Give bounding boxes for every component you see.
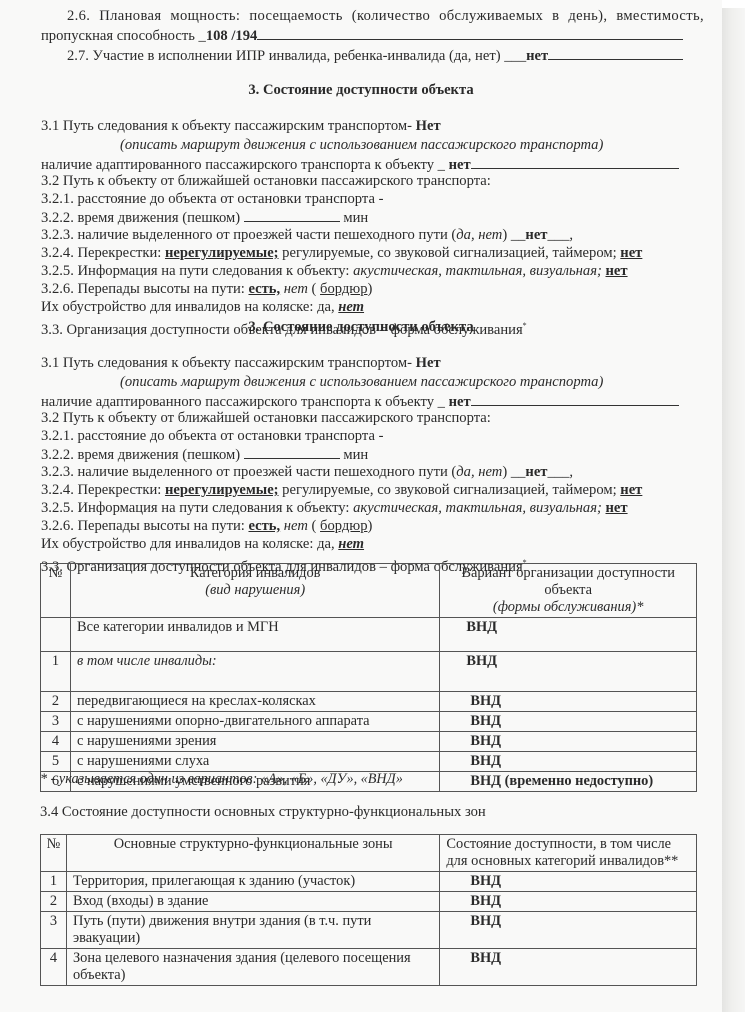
scan-edge (722, 8, 745, 1012)
pedestrian-path-suffix: ___, (547, 464, 573, 480)
wheelchair-label: Их обустройство для инвалидов на коляске… (41, 536, 338, 552)
status-header-text-2: для основных категорий инвалидов** (446, 853, 690, 870)
crossings-options: регулируемые, со звуковой сигнализацией,… (279, 245, 621, 261)
route-hint-line: (описать маршрут движения с использовани… (120, 374, 603, 391)
crossings-value: нет (620, 482, 642, 498)
row-variant: ВНД (440, 652, 697, 692)
table-header-row: № Категория инвалидов (вид нарушения) Ва… (41, 564, 697, 618)
section-heading: 3. Состояние доступности объекта (0, 82, 722, 99)
table-row: 2 Вход (входы) в здание ВНД (41, 892, 697, 912)
walk-time-unit: мин (340, 447, 369, 463)
route-value: Нет (416, 118, 441, 134)
paragraph-3-2-2: 3.2.2. время движения (пешком) мин (41, 209, 368, 227)
row-variant: ВНД (временно недоступно) (440, 772, 697, 792)
info-options: акустическая, тактильная, визуальная; (353, 500, 605, 516)
adapted-transport-value: нет (449, 157, 471, 173)
paragraph-3-2-5: 3.2.5. Информация на пути следования к о… (41, 500, 628, 517)
col-header-category: Категория инвалидов (вид нарушения) (70, 564, 439, 618)
crossings-label: 3.2.4. Перекрестки: (41, 482, 165, 498)
path-label: 3.2 Путь к объекту от ближайшей остановк… (41, 173, 491, 189)
table-row: 2 передвигающиеся на креслах-колясках ВН… (41, 692, 697, 712)
wheelchair-line: Их обустройство для инвалидов на коляске… (41, 299, 364, 316)
height-diff-other: нет (280, 281, 308, 297)
paragraph-2-7: 2.7. Участие в исполнении ИПР инвалида, … (67, 47, 683, 65)
functional-zones-table: № Основные структурно-функциональные зон… (40, 834, 697, 986)
table-row: 3 Путь (пути) движения внутри здания (в … (41, 912, 697, 949)
paragraph-3-2-4: 3.2.4. Перекрестки: нерегулируемые; регу… (41, 482, 642, 499)
paragraph-3-2-1: 3.2.1. расстояние до объекта от остановк… (41, 191, 383, 208)
row-status: ВНД (440, 892, 697, 912)
route-hint: (описать маршрут движения с использовани… (120, 374, 603, 390)
paragraph-3-2-3: 3.2.3. наличие выделенного от проезжей ч… (41, 464, 573, 481)
ipr-label: 2.7. Участие в исполнении ИПР инвалида, … (67, 48, 526, 64)
height-diff-selected: есть, (248, 281, 280, 297)
row-status: ВНД (440, 949, 697, 986)
adapted-transport-label: наличие адаптированного пассажирского тр… (41, 157, 449, 173)
pedestrian-path-label: 3.2.3. наличие выделенного от проезжей ч… (41, 227, 456, 243)
paragraph-3-1: 3.1 Путь следования к объекту пассажирск… (41, 118, 441, 135)
pedestrian-path-value: нет (525, 227, 547, 243)
row-num: 4 (41, 732, 71, 752)
row-num: 2 (41, 692, 71, 712)
height-diff-label: 3.2.6. Перепады высоты на пути: (41, 518, 248, 534)
route-label: 3.1 Путь следования к объекту пассажирск… (41, 118, 416, 134)
route-hint: (описать маршрут движения с использовани… (120, 137, 603, 153)
route-hint-line: (описать маршрут движения с использовани… (120, 137, 603, 154)
capacity-value: 108 /194 (206, 28, 257, 44)
variant-header-text-2: объекта (446, 582, 690, 599)
capacity-label: пропускная способность _ (41, 28, 206, 44)
table-row: 1 Территория, прилегающая к зданию (учас… (41, 872, 697, 892)
row-variant: ВНД (440, 752, 697, 772)
row-variant: ВНД (440, 692, 697, 712)
row-category: передвигающиеся на креслах-колясках (70, 692, 439, 712)
row-category: с нарушениями опорно-двигательного аппар… (70, 712, 439, 732)
paren-open: ( (308, 281, 320, 297)
height-diff-detail: бордюр (320, 281, 367, 297)
crossings-options: регулируемые, со звуковой сигнализацией,… (279, 482, 621, 498)
table-footnote: * - указывается один из вариантов: «А», … (40, 771, 403, 788)
row-num: 3 (41, 712, 71, 732)
status-header-text: Состояние доступности, в том числе (446, 836, 690, 853)
row-num (41, 618, 71, 652)
category-header-sub: (вид нарушения) (77, 582, 433, 599)
walk-time-label: 3.2.2. время движения (пешком) (41, 210, 244, 226)
info-label: 3.2.5. Информация на пути следования к о… (41, 263, 353, 279)
walk-time-blank (244, 446, 340, 459)
paragraph-3-2-6: 3.2.6. Перепады высоты на пути: есть, не… (41, 518, 372, 535)
wheelchair-value: нет (338, 299, 364, 315)
disability-categories-table: № Категория инвалидов (вид нарушения) Ва… (40, 563, 697, 792)
paragraph-3-2: 3.2 Путь к объекту от ближайшей остановк… (41, 410, 491, 427)
table-row: 4 с нарушениями зрения ВНД (41, 732, 697, 752)
ipr-value: нет (526, 48, 548, 64)
row-zone: Зона целевого назначения здания (целевог… (66, 949, 439, 986)
distance-label: 3.2.1. расстояние до объекта от остановк… (41, 191, 383, 207)
wheelchair-label: Их обустройство для инвалидов на коляске… (41, 299, 338, 315)
paragraph-3-2-5: 3.2.5. Информация на пути следования к о… (41, 263, 628, 280)
paragraph-3-2-3: 3.2.3. наличие выделенного от проезжей ч… (41, 227, 573, 244)
adapted-blank (471, 156, 679, 169)
paragraph-3-2: 3.2 Путь к объекту от ближайшей остановк… (41, 173, 491, 190)
col-header-num: № (41, 835, 67, 872)
info-options: акустическая, тактильная, визуальная; (353, 263, 605, 279)
row-zone: Путь (пути) движения внутри здания (в т.… (66, 912, 439, 949)
walk-time-blank (244, 209, 340, 222)
paragraph-3-2-6: 3.2.6. Перепады высоты на пути: есть, не… (41, 281, 372, 298)
row-category: с нарушениями зрения (70, 732, 439, 752)
wheelchair-value: нет (338, 536, 364, 552)
pedestrian-path-sep: ) __ (502, 464, 525, 480)
pedestrian-path-options: да, нет (456, 464, 502, 480)
height-diff-label: 3.2.6. Перепады высоты на пути: (41, 281, 248, 297)
variant-header-sub: (формы обслуживания)* (446, 599, 690, 616)
row-num: 3 (41, 912, 67, 949)
distance-label: 3.2.1. расстояние до объекта от остановк… (41, 428, 383, 444)
section-3-4-title: 3.4 Состояние доступности основных струк… (40, 804, 486, 821)
row-num: 4 (41, 949, 67, 986)
col-header-variant: Вариант организации доступности объекта … (440, 564, 697, 618)
capacity-line: пропускная способность _108 /194 (41, 27, 683, 45)
info-value: нет (606, 263, 628, 279)
table-row: 3 с нарушениями опорно-двигательного апп… (41, 712, 697, 732)
row-num: 2 (41, 892, 67, 912)
adapted-blank (471, 393, 679, 406)
adapted-transport-line: наличие адаптированного пассажирского тр… (41, 393, 679, 411)
paragraph-3-2-4: 3.2.4. Перекрестки: нерегулируемые; регу… (41, 245, 642, 262)
paragraph-2-6: 2.6. Плановая мощность: посещаемость (ко… (67, 8, 704, 25)
row-num: 1 (41, 652, 71, 692)
row-category: в том числе инвалиды: (70, 652, 439, 692)
paragraph-3-1: 3.1 Путь следования к объекту пассажирск… (41, 355, 441, 372)
pedestrian-path-value: нет (525, 464, 547, 480)
crossings-selected: нерегулируемые; (165, 482, 279, 498)
category-header-text: Категория инвалидов (77, 565, 433, 582)
paren-close: ) (368, 281, 373, 297)
route-label: 3.1 Путь следования к объекту пассажирск… (41, 355, 416, 371)
table-header-row: № Основные структурно-функциональные зон… (41, 835, 697, 872)
row-variant: ВНД (440, 618, 697, 652)
row-num: 5 (41, 752, 71, 772)
row-num: 1 (41, 872, 67, 892)
row-category: с нарушениями слуха (70, 752, 439, 772)
pedestrian-path-suffix: ___, (547, 227, 573, 243)
table-row: 4 Зона целевого назначения здания (целев… (41, 949, 697, 986)
row-category: Все категории инвалидов и МГН (70, 618, 439, 652)
adapted-transport-value: нет (449, 394, 471, 410)
walk-time-label: 3.2.2. время движения (пешком) (41, 447, 244, 463)
wheelchair-line: Их обустройство для инвалидов на коляске… (41, 536, 364, 553)
row-zone: Вход (входы) в здание (66, 892, 439, 912)
crossings-selected: нерегулируемые; (165, 245, 279, 261)
pedestrian-path-sep: ) __ (502, 227, 525, 243)
info-value: нет (606, 500, 628, 516)
row-variant: ВНД (440, 712, 697, 732)
height-diff-detail: бордюр (320, 518, 367, 534)
height-diff-other: нет (280, 518, 308, 534)
height-diff-selected: есть, (248, 518, 280, 534)
pedestrian-path-label: 3.2.3. наличие выделенного от проезжей ч… (41, 464, 456, 480)
table-row: Все категории инвалидов и МГН ВНД (41, 618, 697, 652)
paren-close: ) (368, 518, 373, 534)
col-header-status: Состояние доступности, в том числе для о… (440, 835, 697, 872)
capacity-blank (257, 27, 683, 40)
row-zone: Территория, прилегающая к зданию (участо… (66, 872, 439, 892)
paragraph-3-2-1: 3.2.1. расстояние до объекта от остановк… (41, 428, 383, 445)
section-heading-repeat: 3. Состояние доступности объекта (0, 319, 722, 336)
adapted-transport-line: наличие адаптированного пассажирского тр… (41, 156, 679, 174)
walk-time-unit: мин (340, 210, 369, 226)
ipr-blank (548, 47, 683, 60)
pedestrian-path-options: да, нет (456, 227, 502, 243)
row-status: ВНД (440, 872, 697, 892)
variant-header-text: Вариант организации доступности (446, 565, 690, 582)
col-header-num: № (41, 564, 71, 618)
table-row: 5 с нарушениями слуха ВНД (41, 752, 697, 772)
adapted-transport-label: наличие адаптированного пассажирского тр… (41, 394, 449, 410)
info-label: 3.2.5. Информация на пути следования к о… (41, 500, 353, 516)
path-label: 3.2 Путь к объекту от ближайшей остановк… (41, 410, 491, 426)
crossings-label: 3.2.4. Перекрестки: (41, 245, 165, 261)
table-row: 1 в том числе инвалиды: ВНД (41, 652, 697, 692)
col-header-zone: Основные структурно-функциональные зоны (66, 835, 439, 872)
row-status: ВНД (440, 912, 697, 949)
paren-open: ( (308, 518, 320, 534)
paragraph-3-2-2: 3.2.2. время движения (пешком) мин (41, 446, 368, 464)
route-value: Нет (416, 355, 441, 371)
crossings-value: нет (620, 245, 642, 261)
row-variant: ВНД (440, 732, 697, 752)
